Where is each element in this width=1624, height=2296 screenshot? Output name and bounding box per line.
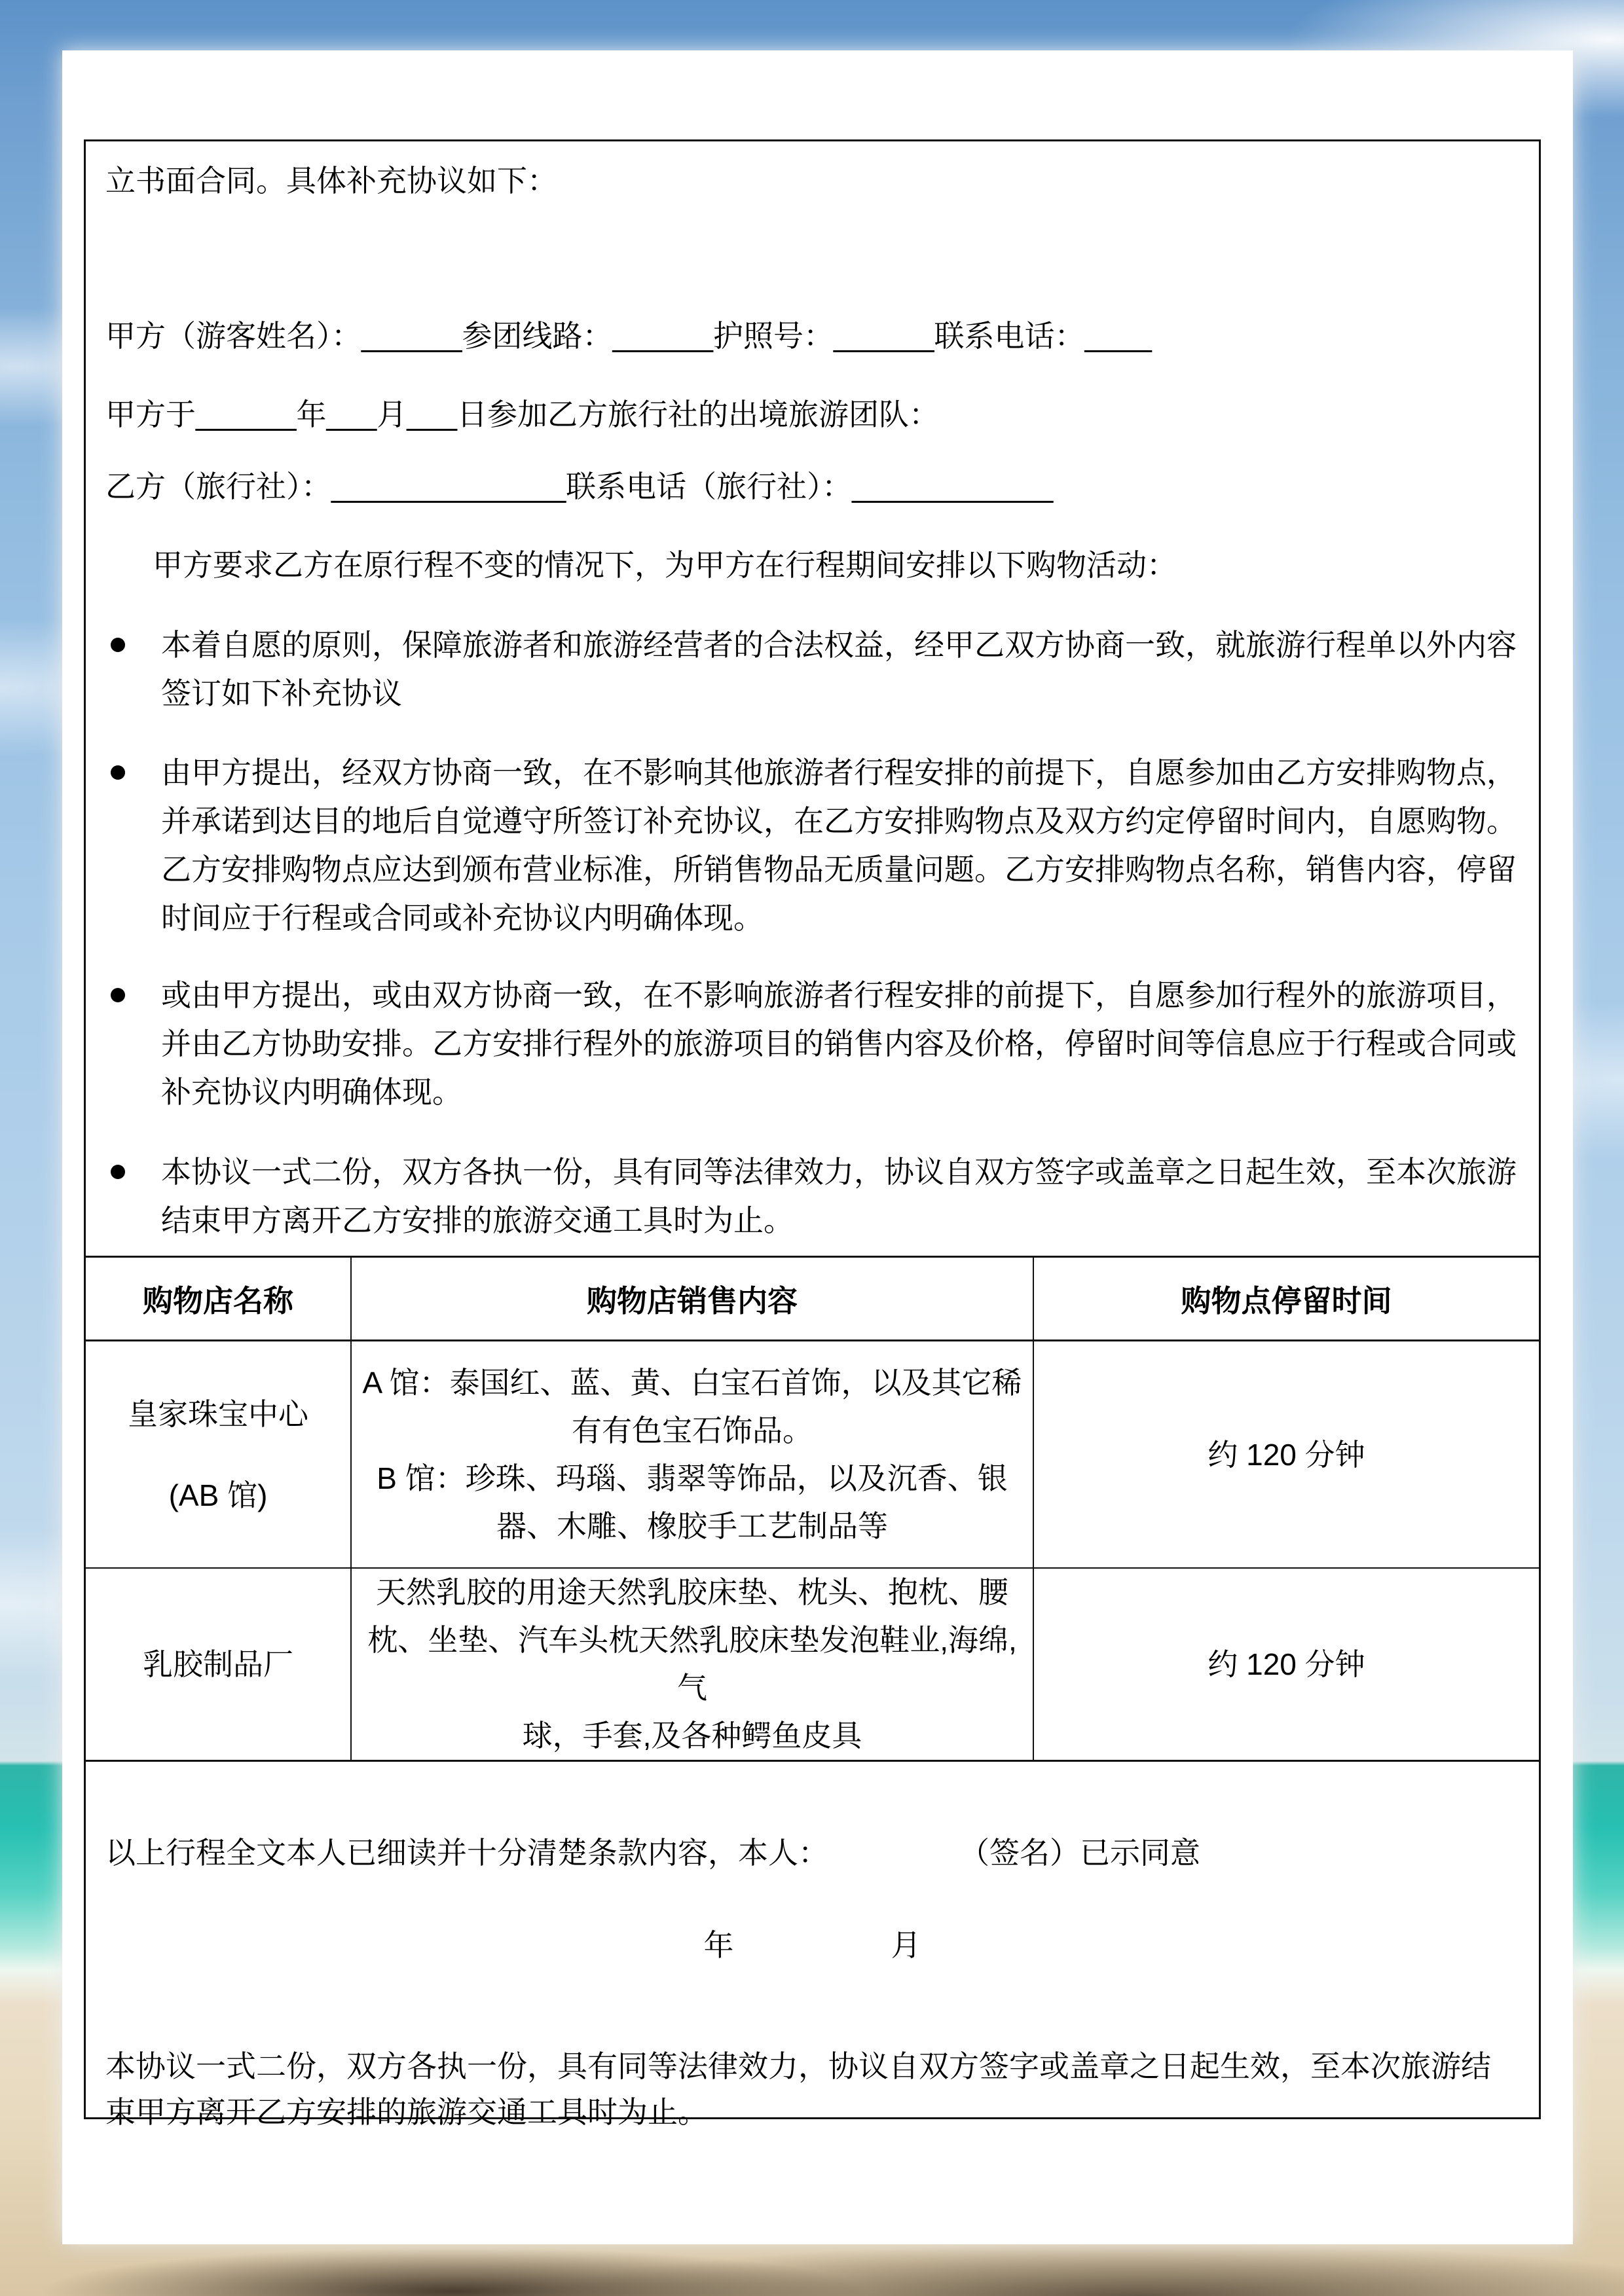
sale-content-cell: 天然乳胶的用途天然乳胶床垫、枕头、抱枕、腰 枕、坐垫、汽车头枕天然乳胶床垫发泡鞋… (351, 1568, 1033, 1761)
date-blank-space (734, 1925, 891, 1965)
date-fill-line: 年 月 (105, 1925, 1519, 1965)
request-line: 甲方要求乙方在原行程不变的情况下，为甲方在行程期间安排以下购物活动： (105, 545, 1519, 585)
year-label: 年 (704, 1925, 734, 1965)
party-a-blank-line: 甲方（游客姓名）：______参团线路：______护照号：______联系电话… (105, 316, 1519, 355)
bullet-dot-icon (111, 988, 125, 1002)
list-item: 本协议一式二份，双方各执一份，具有同等法律效力，协议自双方签字或盖章之日起生效，… (105, 1148, 1519, 1245)
column-header-stay-duration: 购物点停留时间 (1033, 1257, 1539, 1341)
signature-label: （签名）已示同意 (959, 1836, 1200, 1870)
party-b-blank-line: 乙方（旅行社）：______________联系电话（旅行社）：________… (105, 467, 1519, 506)
shop-name: 乳胶制品厂 (90, 1645, 346, 1684)
column-header-sale-content: 购物店销售内容 (351, 1257, 1033, 1341)
sale-content-line: B 馆：珍珠、玛瑙、翡翠等饰品，以及沉香、银 (356, 1455, 1029, 1503)
document-border-frame: 立书面合同。具体补充协议如下： 甲方（游客姓名）：______参团线路：____… (84, 139, 1541, 2119)
shop-name-cell: 乳胶制品厂 (86, 1568, 351, 1761)
sale-content-cell: A 馆：泰国红、蓝、黄、白宝石首饰，以及其它稀 有有色宝石饰品。 B 馆：珍珠、… (351, 1341, 1033, 1569)
bullet-text: 由甲方提出，经双方协商一致，在不影响其他旅游者行程安排的前提下，自愿参加由乙方安… (161, 748, 1519, 942)
sale-content-line: A 馆：泰国红、蓝、黄、白宝石首饰，以及其它稀 (356, 1359, 1029, 1407)
stay-duration-cell: 约 120 分钟 (1033, 1568, 1539, 1761)
month-label: 月 (891, 1925, 921, 1965)
shop-name: 皇家珠宝中心 (90, 1374, 346, 1455)
sale-content-line: 枕、坐垫、汽车头枕天然乳胶床垫发泡鞋业,海绵,气 (356, 1616, 1029, 1712)
bullet-dot-icon (111, 765, 125, 780)
bullet-text: 本协议一式二份，双方各执一份，具有同等法律效力，协议自双方签字或盖章之日起生效，… (161, 1148, 1519, 1245)
bullet-text: 或由甲方提出，或由双方协商一致，在不影响旅游者行程安排的前提下，自愿参加行程外的… (161, 971, 1519, 1116)
bullet-text: 本着自愿的原则，保障旅游者和旅游经营者的合法权益，经甲乙双方协商一致，就旅游行程… (161, 621, 1519, 718)
sale-content-line: 天然乳胶的用途天然乳胶床垫、枕头、抱枕、腰 (356, 1569, 1029, 1616)
stay-duration: 约 120 分钟 (1038, 1645, 1535, 1684)
beach-photo-background: { "document": { "intro": "立书面合同。具体补充协议如下… (0, 0, 1624, 2296)
sale-content-line: 球，手套,及各种鳄鱼皮具 (356, 1712, 1029, 1760)
signature-confirmation-line: 以上行程全文本人已细读并十分清楚条款内容，本人：（签名）已示同意 (105, 1833, 1519, 1872)
document-page: 立书面合同。具体补充协议如下： 甲方（游客姓名）：______参团线路：____… (62, 50, 1573, 2244)
confirmation-text: 以上行程全文本人已细读并十分清楚条款内容，本人： (105, 1836, 828, 1870)
bullet-dot-icon (111, 638, 125, 652)
table-row: 乳胶制品厂 天然乳胶的用途天然乳胶床垫、枕头、抱枕、腰 枕、坐垫、汽车头枕天然乳… (86, 1568, 1539, 1761)
table-header-row: 购物店名称 购物店销售内容 购物点停留时间 (86, 1257, 1539, 1341)
list-item: 本着自愿的原则，保障旅游者和旅游经营者的合法权益，经甲乙双方协商一致，就旅游行程… (105, 621, 1519, 718)
closing-paragraph: 本协议一式二份，双方各执一份，具有同等法律效力，协议自双方签字或盖章之日起生效，… (105, 2043, 1519, 2135)
stay-duration: 约 120 分钟 (1038, 1435, 1535, 1474)
join-date-blank-line: 甲方于______年___月___日参加乙方旅行社的出境旅游团队： (105, 395, 1519, 434)
list-item: 或由甲方提出，或由双方协商一致，在不影响旅游者行程安排的前提下，自愿参加行程外的… (105, 971, 1519, 1116)
table-row: 皇家珠宝中心 (AB 馆) A 馆：泰国红、蓝、黄、白宝石首饰，以及其它稀 有有… (86, 1341, 1539, 1569)
intro-line: 立书面合同。具体补充协议如下： (105, 161, 1519, 200)
shopping-table: 购物店名称 购物店销售内容 购物点停留时间 皇家珠宝中心 (AB 馆) A 馆：… (86, 1256, 1539, 1762)
sale-content-line: 有有色宝石饰品。 (356, 1407, 1029, 1455)
stay-duration-cell: 约 120 分钟 (1033, 1341, 1539, 1569)
bullet-dot-icon (111, 1165, 125, 1179)
shop-name-sub: (AB 馆) (90, 1455, 346, 1536)
list-item: 由甲方提出，经双方协商一致，在不影响其他旅游者行程安排的前提下，自愿参加由乙方安… (105, 748, 1519, 942)
sale-content-line: 器、木雕、橡胶手工艺制品等 (356, 1503, 1029, 1550)
shop-name-cell: 皇家珠宝中心 (AB 馆) (86, 1341, 351, 1569)
column-header-shop-name: 购物店名称 (86, 1257, 351, 1341)
